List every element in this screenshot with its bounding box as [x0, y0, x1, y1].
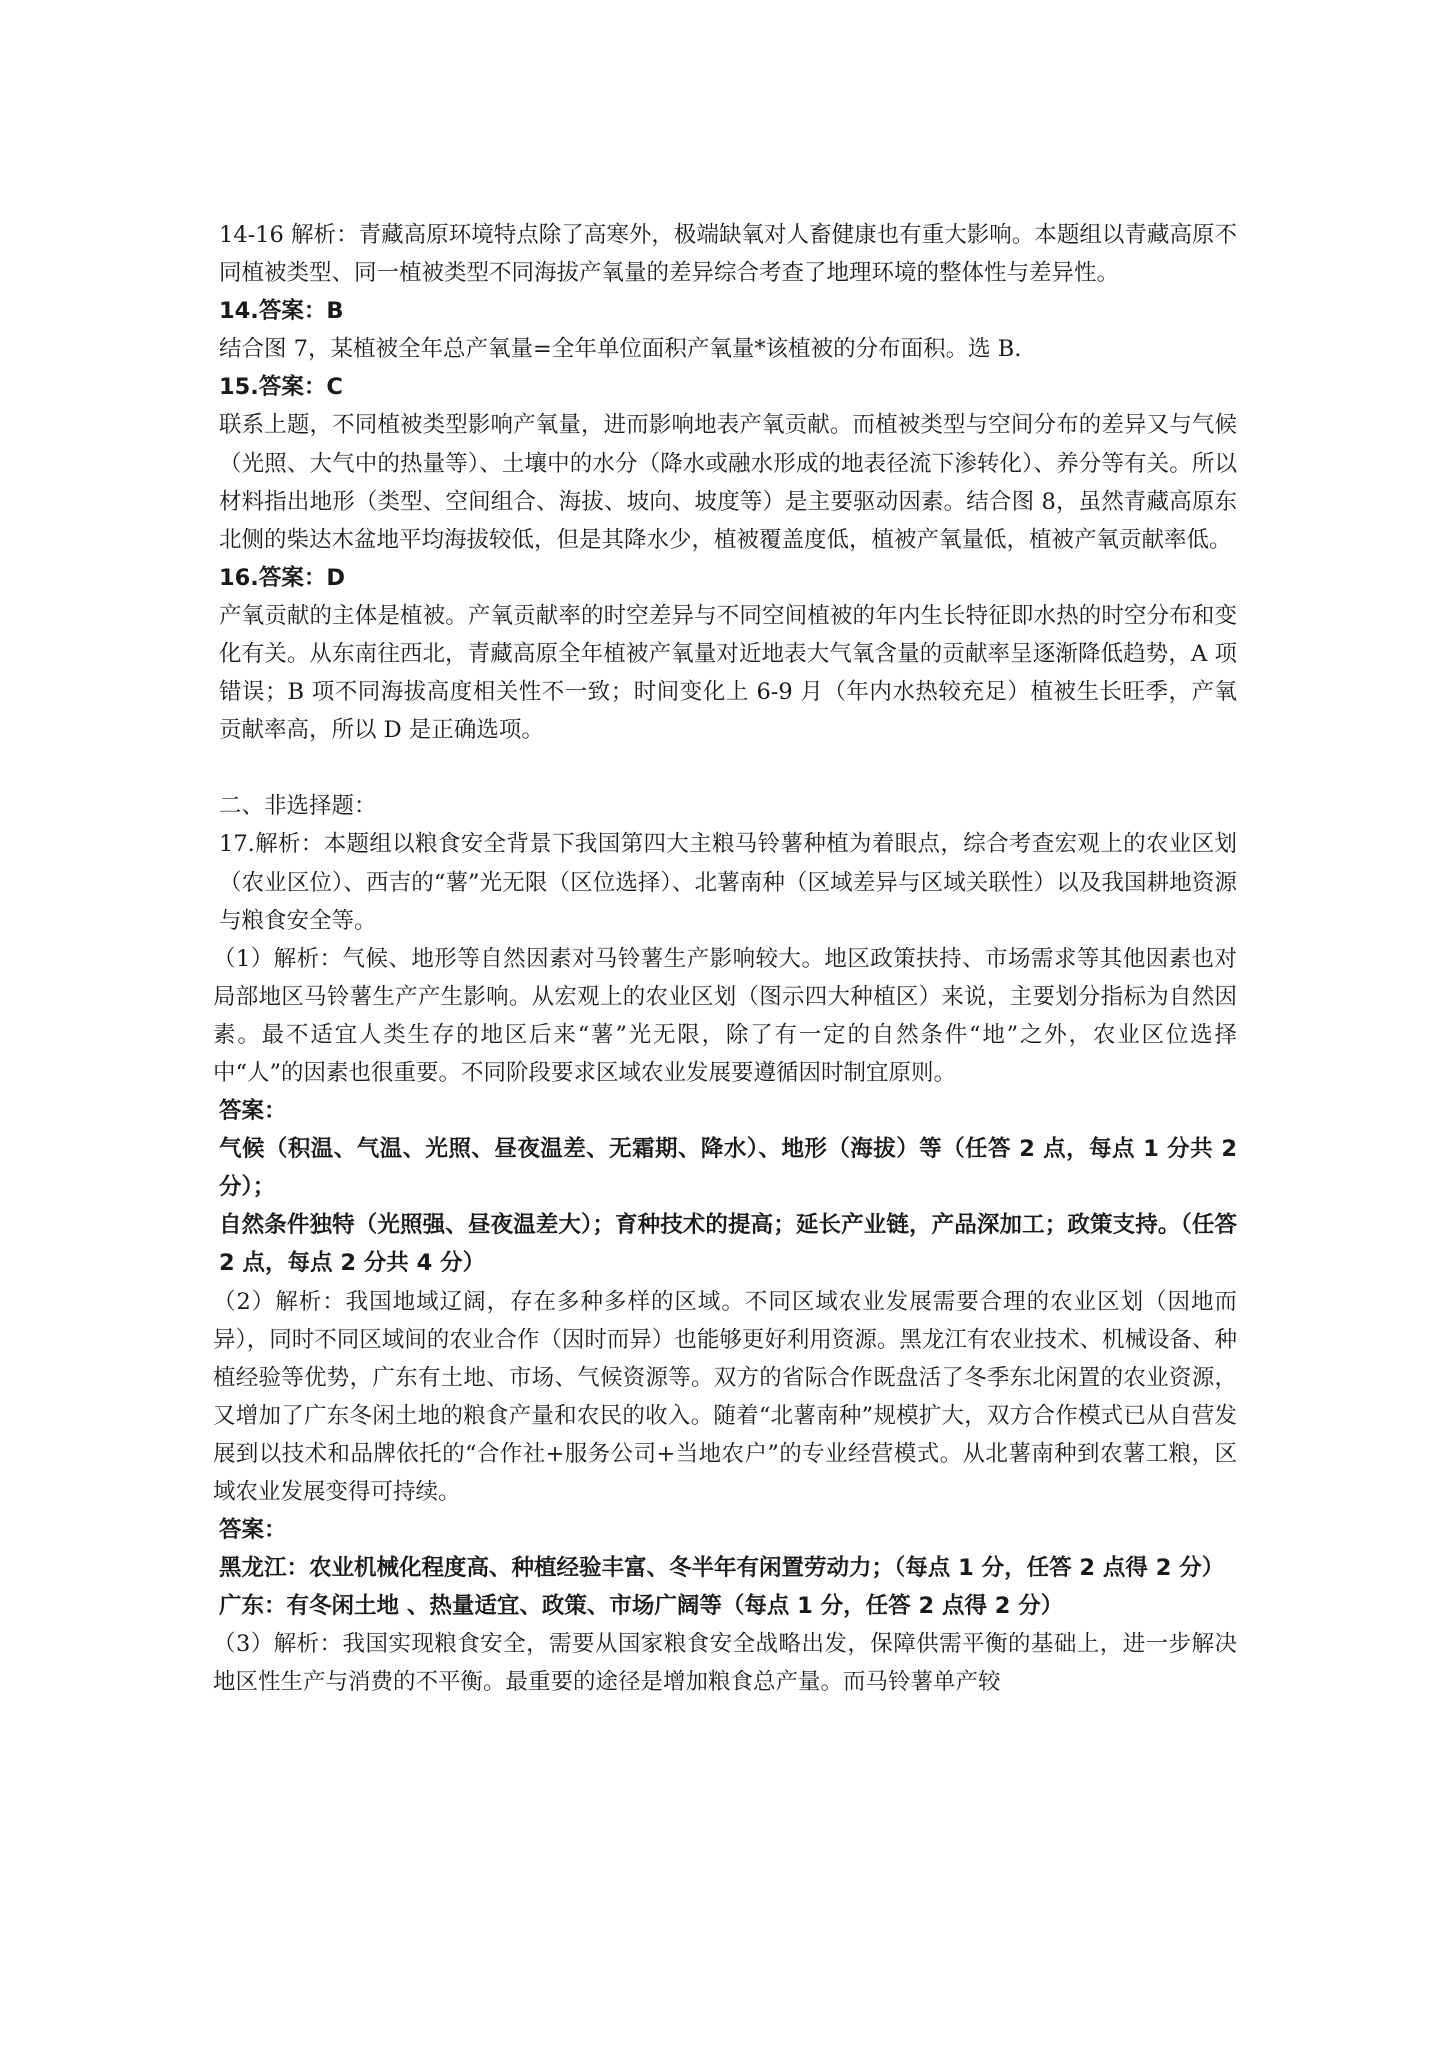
q16-explanation: 产氧贡献的主体是植被。产氧贡献率的时空差异与不同空间植被的年内生长特征即水热的时…	[219, 597, 1237, 749]
q17-2-answer-heilongjiang: 黑龙江：农业机械化程度高、种植经验丰富、冬半年有闲置劳动力；（每点 1 分，任答…	[219, 1549, 1237, 1587]
q16-answer: 16.答案：D	[219, 559, 1237, 597]
q17-1-answer-label: 答案：	[219, 1092, 1237, 1130]
q17-1-answer-b: 自然条件独特（光照强、昼夜温差大）；育种技术的提高；延长产业链，产品深加工；政策…	[219, 1206, 1237, 1282]
q14-explanation: 结合图 7，某植被全年总产氧量=全年单位面积产氧量*该植被的分布面积。选 B.	[219, 330, 1237, 368]
q17-2-answer-guangdong: 广东：有冬闲土地 、热量适宜、政策、市场广阔等（每点 1 分，任答 2 点得 2…	[219, 1587, 1237, 1625]
q15-answer: 15.答案：C	[219, 368, 1237, 406]
section2-title: 二、非选择题：	[219, 787, 1237, 825]
q17-1-analysis: （1）解析：气候、地形等自然因素对马铃薯生产影响较大。地区政策扶持、市场需求等其…	[213, 940, 1237, 1092]
q17-2-analysis: （2）解析：我国地域辽阔，存在多种多样的区域。不同区域农业发展需要合理的农业区划…	[213, 1283, 1237, 1512]
document-page: 14-16 解析：青藏高原环境特点除了高寒外，极端缺氧对人畜健康也有重大影响。本…	[219, 216, 1237, 1702]
q17-2-answer-label: 答案：	[219, 1511, 1237, 1549]
q14-answer: 14.答案：B	[219, 292, 1237, 330]
q17-analysis: 17.解析：本题组以粮食安全背景下我国第四大主粮马铃薯种植为着眼点，综合考查宏观…	[219, 825, 1237, 939]
q17-1-answer-a: 气候（积温、气温、光照、昼夜温差、无霜期、降水）、地形（海拔）等（任答 2 点，…	[219, 1130, 1237, 1206]
q17-3-analysis: （3）解析：我国实现粮食安全，需要从国家粮食安全战略出发，保障供需平衡的基础上，…	[213, 1625, 1237, 1701]
section-spacer	[219, 749, 1237, 787]
q14-16-analysis: 14-16 解析：青藏高原环境特点除了高寒外，极端缺氧对人畜健康也有重大影响。本…	[219, 216, 1237, 292]
q15-explanation: 联系上题，不同植被类型影响产氧量，进而影响地表产氧贡献。而植被类型与空间分布的差…	[219, 406, 1237, 558]
